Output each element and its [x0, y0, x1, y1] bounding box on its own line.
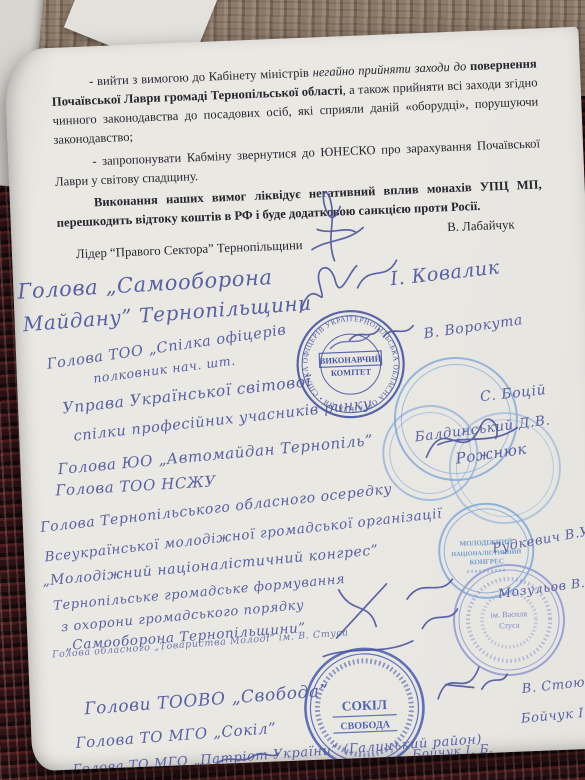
hw-name-boichuk-1: Бойчук І.Б.: [520, 704, 585, 727]
stamp-sokil-line1: СОКІЛ: [341, 697, 387, 714]
leader-name: В. Лабайчук: [447, 217, 515, 235]
stamp-stus-line1: ім. Василя: [490, 609, 527, 619]
stamp-sokil-line2: СВОБОДА: [340, 719, 391, 732]
hw-name-vorokuta: В. Ворокута: [423, 312, 524, 342]
signature-officers: [347, 321, 418, 346]
leader-title: Лідер “Правого Сектора” Тернопільщини: [76, 238, 303, 262]
document-photo: { "typed": { "p1_start": "- вийти з вимо…: [0, 0, 585, 780]
stamp-stus-line2: Стуса: [499, 621, 520, 631]
signature-kovalyk: [292, 246, 405, 330]
stamp-center-line2: КОМІТЕТ: [331, 367, 372, 378]
hw-name-kovalyk: І. Ковалик: [389, 256, 501, 290]
signature-bottom-flourish: [212, 749, 283, 770]
hw-name-stoyuk: В. Стоюк: [521, 674, 585, 697]
hw-line-nszhu: Голова ТОО НСЖУ: [55, 472, 216, 499]
stamp-center-line1: ВИКОНАВЧИЙ: [320, 354, 382, 365]
hw-line-svoboda: Голови ТООВО „Свобода”: [84, 681, 330, 719]
document-page: - вийти з вимогою до Кабінету міністрів …: [4, 27, 585, 771]
hw-line-sokil: Голова ТО МГО „Сокіл”: [75, 719, 277, 752]
signature-svoboda: [428, 652, 510, 711]
signature-botsii: [416, 401, 529, 475]
